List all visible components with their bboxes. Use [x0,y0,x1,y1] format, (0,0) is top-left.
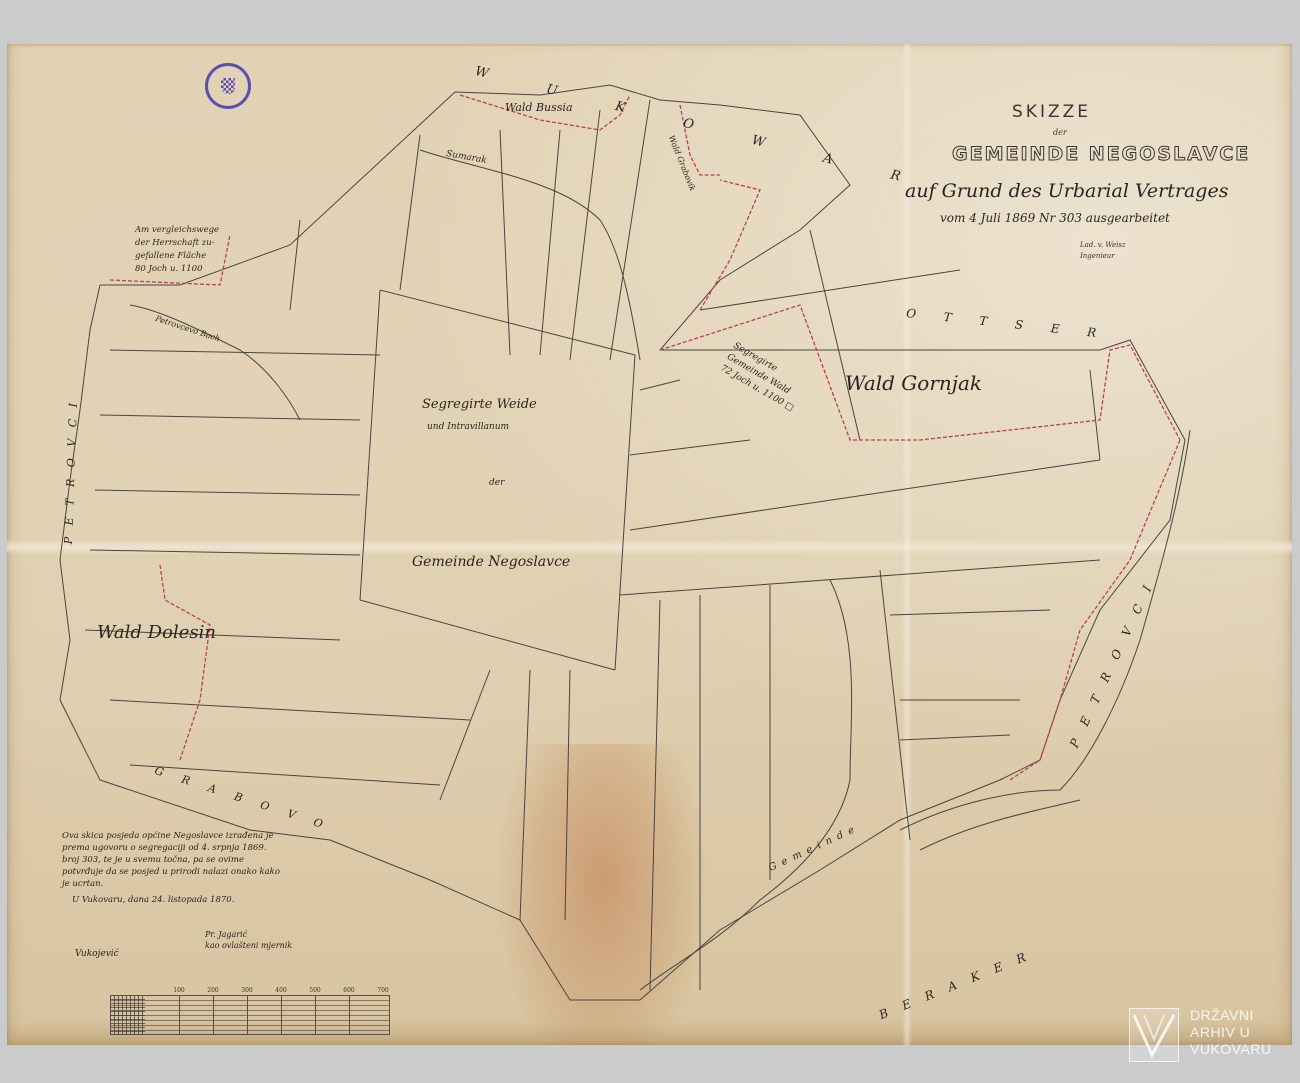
label-intravillanum: und Intravillanum [427,422,509,432]
map-sheet: SKIZZE der GEMEINDE NEGOSLAVCE auf Grund… [7,44,1292,1045]
label-wald-bussia: Wald Bussia [505,101,573,114]
label-der: der [489,478,504,488]
certification-note: Ova skica posjeda općine Negoslavce izra… [62,830,282,906]
archive-watermark: DRŽAVNI ARHIV U VUKOVARU [1190,1007,1272,1058]
label-wald-gornjak: Wald Gornjak [845,371,982,395]
label-segregirte-weide: Segregirte Weide [422,397,537,412]
map-title-gemeinde: GEMEINDE NEGOSLAVCE [952,143,1250,165]
map-title-subtitle: auf Grund des Urbarial Vertrages [905,180,1228,202]
map-title-der: der [1053,128,1067,137]
archive-stamp [205,63,251,109]
label-gemeinde-negoslavce: Gemeinde Negoslavce [412,554,570,570]
label-herrschaft-note: Am vergleichswege der Herrschaft zu- gef… [135,224,219,276]
map-title-skizze: SKIZZE [1012,102,1091,122]
coat-of-arms-stamp-icon [221,78,235,94]
title-signature: Lad. v. Weisz Ingenieur [1080,240,1126,262]
note-signature-left: Vukojević [75,949,119,959]
scale-bar: 100 200 300 400 500 600 700 [110,995,390,1035]
note-signature-right: Pr. Jagarić kao ovlašteni mjernik [205,929,292,951]
scale-bar-subdivision [111,996,145,1034]
label-wald: Wald Dolesin [97,622,216,643]
map-title-date: vom 4 Juli 1869 Nr 303 ausgearbeitet [940,211,1170,225]
archive-logo-icon [1129,1008,1179,1062]
